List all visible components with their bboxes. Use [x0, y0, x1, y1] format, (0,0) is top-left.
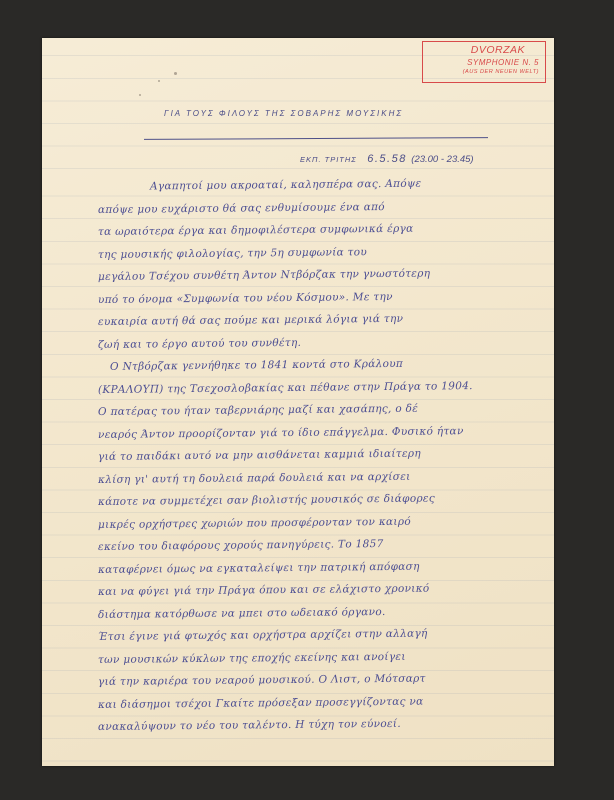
heading-underline	[144, 137, 488, 140]
stamp-title: DVORZAK	[423, 44, 539, 57]
letter-body: Αγαπητοί μου ακροαταί, καλησπέρα σας. Απ…	[98, 176, 544, 739]
stamp-subtitle: SYMPHONIE N. 5	[423, 57, 539, 68]
paper-spot	[158, 80, 160, 82]
letter-page: DVORZAK SYMPHONIE N. 5 (AUS DER NEUEN WE…	[42, 38, 554, 766]
paper-spot	[174, 72, 177, 75]
archive-stamp: DVORZAK SYMPHONIE N. 5 (AUS DER NEUEN WE…	[422, 41, 546, 83]
broadcast-time: (23.00 - 23.45)	[411, 154, 473, 165]
broadcast-label: ΕΚΠ. ΤΡΙΤΗΣ	[300, 155, 357, 164]
paper-spot	[139, 94, 141, 96]
dateline: ΕΚΠ. ΤΡΙΤΗΣ 6.5.58 (23.00 - 23.45)	[300, 149, 474, 167]
letter-heading: ΓΙΑ ΤΟΥΣ ΦΙΛΟΥΣ ΤΗΣ ΣΟΒΑΡΗΣ ΜΟΥΣΙΚΗΣ	[164, 109, 403, 118]
broadcast-date: 6.5.58	[367, 153, 407, 165]
body-line: ανακαλύψουν το νέο του ταλέντο. Η τύχη τ…	[98, 711, 544, 738]
stamp-note: (AUS DER NEUEN WELT)	[423, 68, 539, 77]
